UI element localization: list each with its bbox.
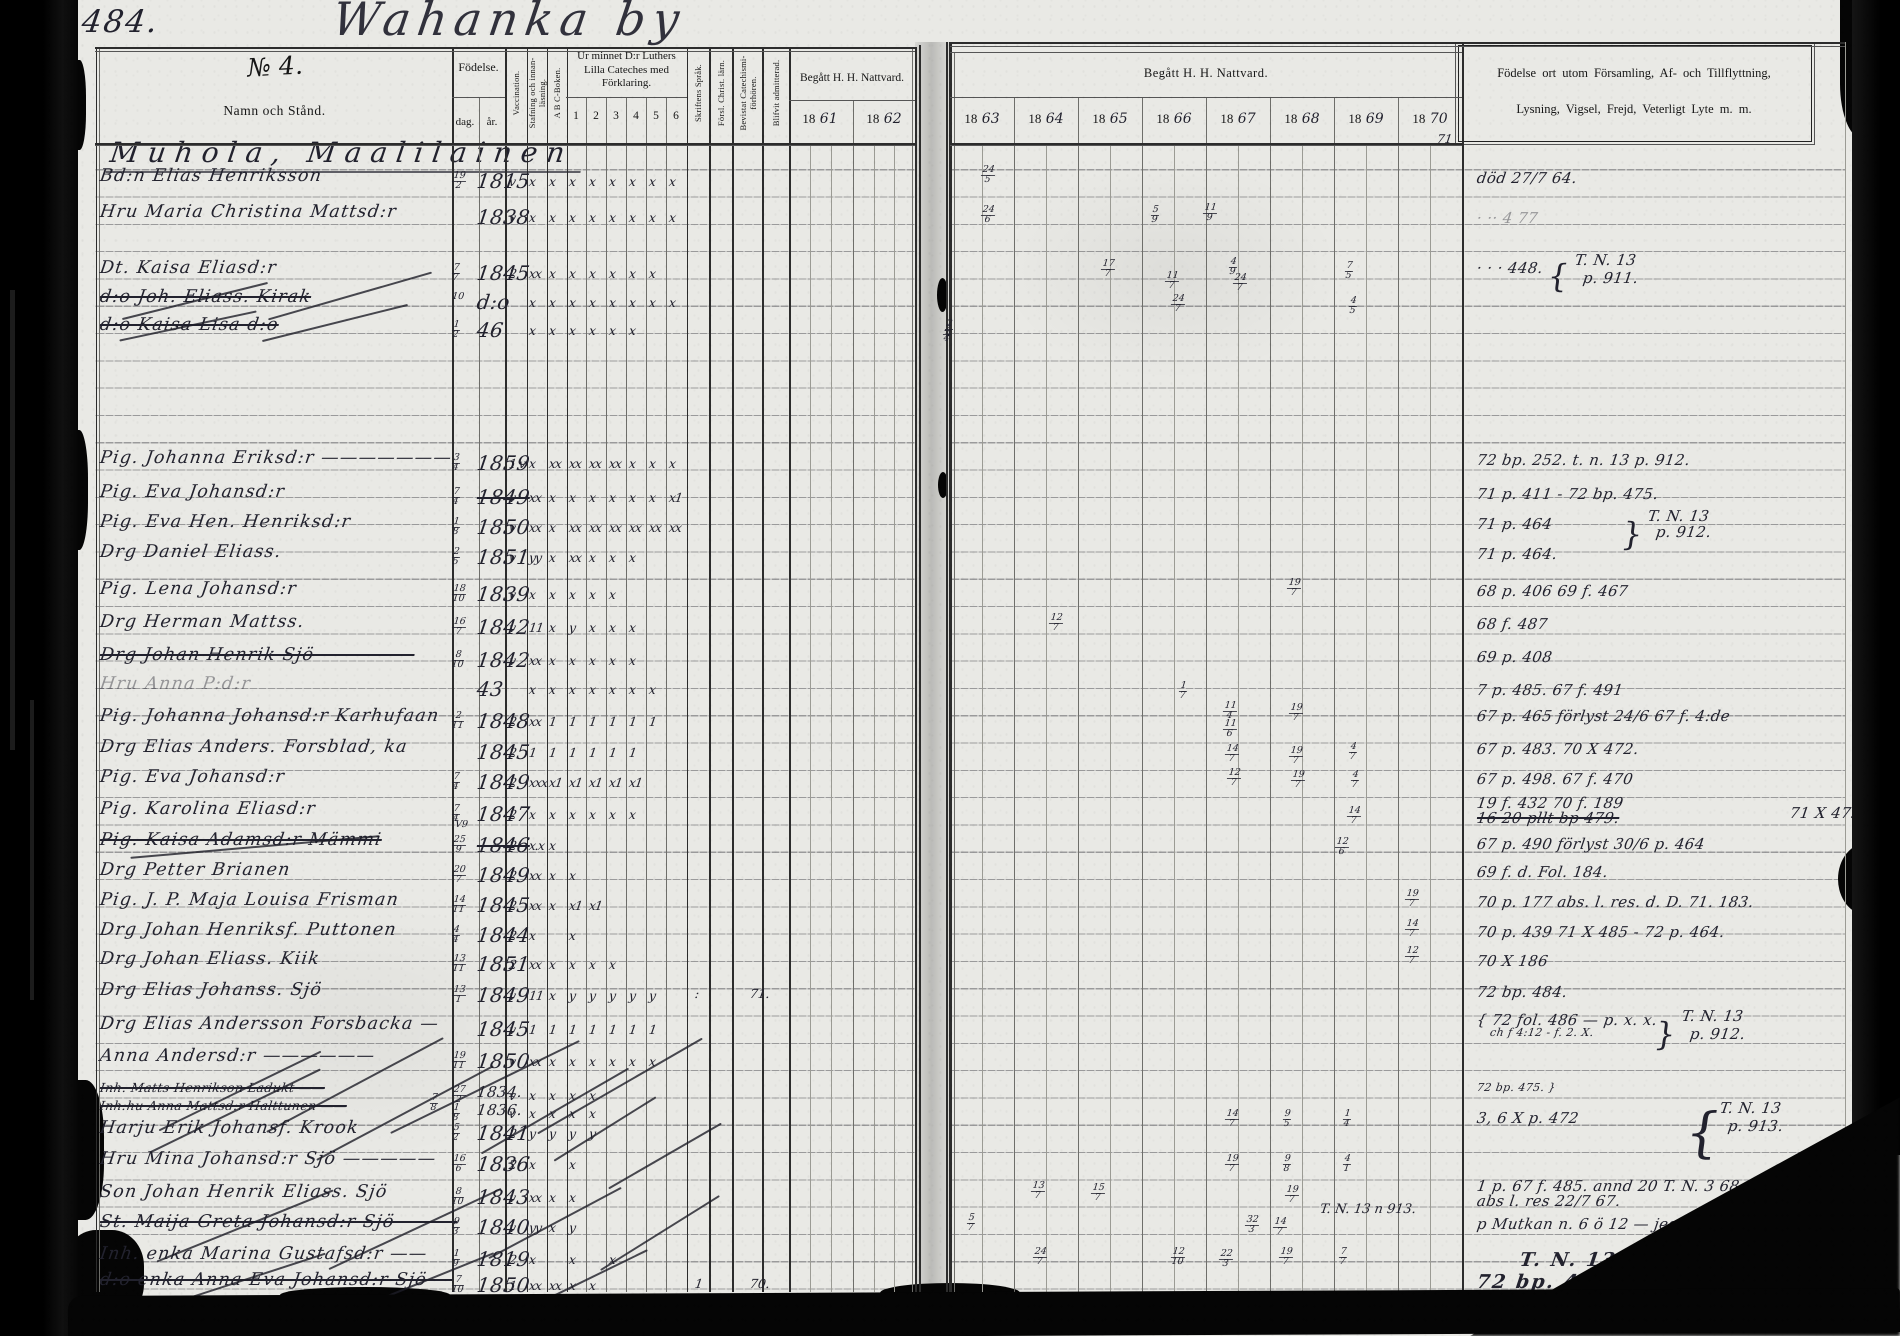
margin-note: T. N. 13 xyxy=(1681,1007,1745,1025)
margin-note: 68 f. 487 xyxy=(1476,615,1549,633)
frac-den: 9 xyxy=(451,846,466,855)
year-printed: 18 xyxy=(1028,111,1041,126)
rule-line-v xyxy=(1206,97,1207,1292)
year-printed: 18 xyxy=(1092,111,1105,126)
frac-den: 7 xyxy=(1288,714,1303,723)
birth-year: 1836. xyxy=(476,1101,524,1119)
birth-day-fraction: 211 xyxy=(451,712,465,730)
birth-year: 1850 xyxy=(475,515,531,539)
communion-date: 147 xyxy=(1272,1218,1288,1236)
frac-den: 7 xyxy=(1226,779,1241,788)
frac-den: 5 xyxy=(1344,272,1353,281)
record-row-name: Bd:n Elias Henriksson xyxy=(99,166,324,186)
margin-note: 67 p. 483. 70 X 472. xyxy=(1476,740,1640,758)
communion-date: 126 xyxy=(1334,838,1350,856)
frac-den: 7 xyxy=(1404,930,1419,939)
birth-day-fraction: 1311 xyxy=(451,955,467,973)
birth-year: 1838 xyxy=(475,205,531,229)
frac-den: 7 xyxy=(451,274,460,283)
birth-day-fraction: 810 xyxy=(451,1188,465,1206)
year-script: 68 xyxy=(1297,111,1319,127)
frac-den: 7 xyxy=(1224,1120,1239,1129)
lesson-mark: xx xyxy=(528,1190,542,1205)
record-row-name: Pig. Lena Johansd:r xyxy=(99,579,299,599)
birth-year: 46 xyxy=(475,318,505,342)
birth-year: 1844 xyxy=(475,923,531,947)
record-row-name: Pig. J. P. Maja Louisa Frisman xyxy=(99,890,401,910)
stray-script: T. N. 13 n 913. xyxy=(1319,1202,1417,1217)
communion-date: 197 xyxy=(1224,1155,1240,1173)
margin-note: 68 p. 406 69 f. 467 xyxy=(1476,582,1630,600)
margin-note: 69 f. d. Fol. 184. xyxy=(1476,863,1610,881)
rule-line-v xyxy=(1014,97,1015,1292)
birth-year: 43 xyxy=(475,677,505,701)
catechism-col-number: 5 xyxy=(648,110,664,122)
record-row-name: Son Johan Henrik Eliass. Sjö xyxy=(99,1182,389,1202)
frac-den: 5 xyxy=(1282,1120,1291,1129)
communion-date: 323 xyxy=(1244,1216,1260,1234)
lesson-mark: xx xyxy=(528,653,542,668)
frac-den: 2 xyxy=(451,331,460,340)
lesson-mark: x1 xyxy=(568,898,583,913)
rule-line-v xyxy=(1078,97,1079,1292)
rule-line-v xyxy=(810,143,811,1292)
village-title-script: Wahanka by xyxy=(329,0,689,46)
catechism-col-number: 2 xyxy=(588,110,604,122)
column-header-birth-year: år. xyxy=(479,116,505,128)
communion-date: 247 xyxy=(1232,274,1248,292)
year-printed: 18 xyxy=(1412,111,1425,126)
rule-line-v xyxy=(1174,143,1175,1292)
rule-line-v xyxy=(96,47,98,1292)
record-row-name: Drg Johan Henrik Sjö ————— xyxy=(99,645,416,665)
lesson-mark: xx xyxy=(528,520,542,535)
margin-note: 67 p. 498. 67 f. 470 xyxy=(1476,770,1635,788)
birth-year: 1849 xyxy=(475,485,531,509)
frac-den: 7 xyxy=(1338,1258,1347,1267)
rule-line-v xyxy=(1142,97,1143,1292)
communion-date: 147 xyxy=(1224,1110,1240,1128)
lesson-mark: xx xyxy=(568,550,582,565)
communion-date: 127 xyxy=(1226,769,1242,787)
birth-day-fraction: 131 xyxy=(451,986,467,1004)
margin-note: 72 bp. 484. xyxy=(1476,983,1569,1001)
record-row-name: Pig. Eva Johansd:r xyxy=(99,482,287,502)
communion-date: 157 xyxy=(1090,1184,1106,1202)
catechism-col-number: 6 xyxy=(668,110,684,122)
lesson-mark: xx xyxy=(608,456,622,471)
birth-year: 1851 xyxy=(475,952,531,976)
rule-line-v xyxy=(586,97,587,1292)
column-header-catechism: Ur minnet D:r Luthers Lilla Cateches med… xyxy=(567,50,686,91)
record-row-name: Pig. Eva Johansd:r xyxy=(99,767,287,787)
frac-den: 5 xyxy=(980,176,995,185)
frac-den: 11 xyxy=(451,1062,466,1071)
lesson-mark: xx xyxy=(628,520,642,535)
lesson-mark: xx xyxy=(548,456,562,471)
frac-den: 4 xyxy=(451,464,460,473)
rule-line-v xyxy=(919,45,921,1292)
margin-note: · · · 448. xyxy=(1476,259,1545,277)
communion-date: 197 xyxy=(1288,704,1304,722)
record-row-name: Dt. Kaisa Eliasd:r xyxy=(99,258,279,278)
birth-year: 1847 xyxy=(475,802,531,826)
lesson-mark: xx xyxy=(588,456,602,471)
column-header-birth: Födelse. xyxy=(452,60,505,75)
record-row-name: Hru Anna P:d:r xyxy=(99,674,253,694)
lesson-mark: xx xyxy=(528,266,542,281)
rule-line-v xyxy=(646,97,647,1292)
lesson-mark: xxx xyxy=(528,775,548,790)
rule-line-v xyxy=(1462,42,1464,1292)
frac-den: 10 xyxy=(451,661,464,670)
communion-date: 197 xyxy=(1286,579,1302,597)
rule-line-v xyxy=(949,42,951,1292)
communion-year-right: 18 69 xyxy=(1340,110,1392,128)
frac-den: 2 xyxy=(451,182,466,191)
frac-den: 7 xyxy=(966,1224,975,1233)
birth-year: 1851 xyxy=(475,545,531,569)
rule-line-v xyxy=(954,52,955,1292)
rule-line-h xyxy=(95,51,915,52)
rule-line-h xyxy=(566,97,687,98)
frac-den: 7 xyxy=(1346,817,1361,826)
margin-note: ch f 4:12 - f. 2. X. xyxy=(1489,1026,1595,1039)
margin-note: T. N. 13 xyxy=(1719,1099,1783,1117)
record-row-name: Inh:hu Anna Mattsd:r Halttunen —— xyxy=(99,1098,348,1113)
rule-line-v xyxy=(874,143,875,1292)
year-printed: 18 xyxy=(1156,111,1169,126)
communion-year-right: 18 65 xyxy=(1084,110,1136,128)
record-row-name: Drg Daniel Eliass. xyxy=(99,542,283,562)
communion-date: 197 xyxy=(1284,1186,1300,1204)
rule-line-v xyxy=(666,97,667,1292)
frac-den: 7 xyxy=(1278,1258,1293,1267)
birth-day-fraction: 259 xyxy=(451,836,467,854)
frac-den: 9 xyxy=(1202,214,1217,223)
column-header-christian-doctrine: Försl. Christ. lärn. xyxy=(716,48,726,138)
column-header-vaccination: Vaccination. xyxy=(511,48,521,138)
column-header-scripture-language: Skriftens Språk. xyxy=(693,48,703,138)
birth-year: 1845 xyxy=(475,740,531,764)
catechism-col-number: 3 xyxy=(608,110,624,122)
birth-year: d:o xyxy=(475,290,511,314)
frac-den: 6 xyxy=(451,1165,466,1174)
birth-year: 1849 xyxy=(475,863,531,887)
catechism-col-number: 4 xyxy=(628,110,644,122)
frac-den: 7 xyxy=(1100,270,1115,279)
margin-note: 72 bp. 252. t. n. 13 p. 912. xyxy=(1476,451,1692,469)
lesson-mark: xx xyxy=(608,520,622,535)
record-row-name: Drg Herman Mattss. xyxy=(99,612,306,632)
frac-den: 10 xyxy=(451,1286,464,1295)
communion-year-left: 18 62 xyxy=(858,110,910,128)
birth-year: 1845 xyxy=(475,1017,531,1041)
margin-note: 70 X 186 xyxy=(1476,952,1550,970)
frac-den: 7 xyxy=(1350,781,1359,790)
communion-date: 127 xyxy=(1048,614,1064,632)
frac-den: 7 xyxy=(1284,1196,1299,1205)
margin-note: 72 bp. 475. } xyxy=(1476,1081,1557,1094)
communion-date: 116 xyxy=(1222,720,1238,738)
rule-line-v xyxy=(1046,143,1047,1292)
lesson-mark: x1 xyxy=(588,898,603,913)
column-header-catechism-meetings: Bevistat Catechismi-förhören. xyxy=(738,48,758,138)
film-edge-right xyxy=(1852,0,1900,1155)
rule-line-h xyxy=(950,145,1462,146)
lesson-mark: yy xyxy=(528,550,542,565)
column-header-admitted: Blifvit admitterad. xyxy=(771,48,781,138)
margin-note: 3, 6 X p. 472 xyxy=(1476,1109,1580,1127)
year-script: 66 xyxy=(1169,111,1191,127)
birth-year: 1815 xyxy=(475,169,531,193)
year-script: 61 xyxy=(815,111,837,127)
record-row-name: St. Maija Greta Johansd:r Sjö ——— xyxy=(99,1212,459,1232)
column-header-communion-right: Begått H. H. Nattvard. xyxy=(950,66,1462,81)
column-header-abc-book: A B C-Boken. xyxy=(552,48,562,138)
rule-line-v xyxy=(950,42,952,1292)
birth-year: 1848 xyxy=(475,709,531,733)
frac-den: 7 xyxy=(451,628,466,637)
margin-note: 67 p. 465 förlyst 24/6 67 f. 4:de xyxy=(1476,707,1732,725)
frac-den: 10 xyxy=(1170,1258,1185,1267)
record-row-name: Anna Andersd:r —————— xyxy=(99,1046,377,1066)
year-printed: 18 xyxy=(1348,111,1361,126)
year-printed: 18 xyxy=(866,111,879,126)
birth-day-fraction: 166 xyxy=(451,1155,467,1173)
lesson-mark: 11 xyxy=(528,620,544,635)
frac-den: 8 xyxy=(1282,1165,1291,1174)
frac-den: 7 xyxy=(1404,900,1419,909)
communion-date: 127 xyxy=(1404,947,1420,965)
record-row-name: Drg Johan Henriksf. Puttonen xyxy=(99,920,399,940)
birth-day-fraction: 167 xyxy=(451,618,467,636)
frac-den: 7 xyxy=(1170,305,1185,314)
lesson-mark: xx xyxy=(668,520,682,535)
rule-line-v xyxy=(912,47,913,1292)
birth-day-fraction: 810 xyxy=(451,651,465,669)
frac-den: 7 xyxy=(1048,624,1063,633)
rule-line-h xyxy=(95,47,915,49)
birth-day-fraction: 1810 xyxy=(451,585,467,603)
record-row-name: Pig. Karolina Eliasd:r xyxy=(99,799,318,819)
margin-note: 67 p. 490 förlyst 30/6 p. 464 xyxy=(1476,835,1706,853)
communion-year-right: 18 68 xyxy=(1276,110,1328,128)
frac-den: 5 xyxy=(1348,307,1357,316)
record-row-name: Pig. Johanna Eriksd:r ——————— xyxy=(99,448,454,468)
communion-date: 1210 xyxy=(1170,1248,1186,1266)
lesson-mark: xx xyxy=(568,456,582,471)
communion-date: 223 xyxy=(1218,1250,1234,1268)
rule-line-h xyxy=(950,52,1462,53)
lesson-mark: 11 xyxy=(528,988,544,1003)
frac-den: 7 xyxy=(1030,1192,1045,1201)
page-number: 484. xyxy=(79,4,161,40)
communion-date: 197 xyxy=(1278,1248,1294,1266)
rule-line-v xyxy=(687,47,689,1292)
margin-note: 70 p. 177 abs. l. res. d. D. 71. 183. xyxy=(1476,893,1755,911)
frac-den: 7 xyxy=(1032,1258,1047,1267)
birth-day-fraction: 710 xyxy=(451,1276,465,1294)
year-printed: 18 xyxy=(1220,111,1233,126)
rule-line-v xyxy=(982,143,983,1292)
frac-den: 7 xyxy=(451,876,466,885)
frac-den: 8 xyxy=(451,1114,460,1123)
frac-den: 9 xyxy=(1150,216,1159,225)
birth-day-fraction: 207 xyxy=(451,866,467,884)
lesson-mark: x1 xyxy=(548,775,563,790)
rule-line-v xyxy=(1334,97,1335,1292)
year-script: 63 xyxy=(977,111,999,127)
rule-line-v xyxy=(1398,97,1399,1292)
communion-date: 147 xyxy=(1404,920,1420,938)
rule-line-h xyxy=(950,46,1845,47)
record-row-name: Inh. enka Marina Gustafsd:r —— xyxy=(99,1244,429,1264)
communion-year-right: 18 66 xyxy=(1148,110,1200,128)
record-row-name: Harju Erik Johansf. Krook xyxy=(99,1118,361,1138)
margin-note: p. 912. xyxy=(1655,523,1713,541)
lesson-mark: xx xyxy=(588,520,602,535)
frac-den: 4 xyxy=(451,936,460,945)
frac-den: 7 xyxy=(1348,753,1357,762)
frac-den: 3 xyxy=(451,1228,460,1237)
frac-den: 6 xyxy=(980,216,995,225)
frac-den: 7 xyxy=(1232,284,1247,293)
lesson-mark: x1 xyxy=(628,775,643,790)
frac-den: 7 xyxy=(1090,1194,1105,1203)
column-header-name-and-standing: Namn och Stånd. xyxy=(97,103,452,119)
frac-den: 7 xyxy=(1178,692,1187,701)
lesson-mark: x.x xyxy=(528,838,545,853)
communion-date: 177 xyxy=(1100,260,1116,278)
year-printed: 18 xyxy=(1284,111,1297,126)
frac-den: 7 xyxy=(1288,757,1303,766)
frac-den: 7 xyxy=(1224,1165,1239,1174)
frac-den: 11 xyxy=(451,965,466,974)
lesson-mark: x1 xyxy=(668,490,683,505)
frac-den: 3 xyxy=(1244,1226,1259,1235)
birth-day-extra: V9 xyxy=(455,821,469,830)
frac-den: 1 xyxy=(1342,1165,1351,1174)
birth-day-fraction: 1911 xyxy=(451,1052,467,1070)
margin-note: p. 911. xyxy=(1582,269,1640,287)
birth-day-fraction: 10 xyxy=(452,293,465,302)
rule-line-v xyxy=(1270,97,1271,1292)
year-script: 70 xyxy=(1425,111,1447,127)
rule-line-v xyxy=(1366,143,1367,1292)
record-row-name: Drg Johan Eliass. Kiik xyxy=(99,949,322,969)
year-script: 69 xyxy=(1361,111,1383,127)
communion-date: 197 xyxy=(1288,747,1304,765)
lesson-mark: x1 xyxy=(568,775,583,790)
frac-den: 1 xyxy=(451,996,466,1005)
lesson-mark: xx xyxy=(528,490,542,505)
communion-year-right: 18 63 xyxy=(956,110,1008,128)
rule-line-v xyxy=(709,47,711,1292)
rule-line-h xyxy=(452,97,505,98)
lesson-mark: xx xyxy=(648,520,662,535)
frac-den: 7 xyxy=(1286,589,1301,598)
rule-line-v xyxy=(762,47,764,1292)
frac-den: 7 xyxy=(1164,282,1179,291)
birth-year: 1845 xyxy=(475,893,531,917)
communion-date: 147 xyxy=(1224,745,1240,763)
margin-note: 71 p. 464 xyxy=(1476,515,1554,533)
year-printed: 18 xyxy=(964,111,977,126)
rule-line-h xyxy=(950,97,1462,98)
rule-line-h xyxy=(950,42,1845,44)
lesson-mark: xx xyxy=(528,714,542,729)
rule-line-h xyxy=(95,145,915,146)
frac-den: 4 xyxy=(944,330,953,339)
margin-note: 7 p. 485. 67 f. 491 xyxy=(1476,681,1625,699)
margin-note: abs l. res 22/7 67. xyxy=(1476,1192,1622,1210)
frac-den: 10 xyxy=(451,595,466,604)
record-row-name: Drg Petter Brianen xyxy=(99,860,292,880)
rule-line-v xyxy=(1845,42,1846,1240)
frac-den: 6 xyxy=(1222,730,1237,739)
year-script: 62 xyxy=(879,111,901,127)
frac-den: 4 xyxy=(451,498,460,507)
rule-line-v xyxy=(547,47,549,1292)
rule-line-v xyxy=(946,42,948,1292)
rule-line-v xyxy=(1430,143,1431,1292)
column-header-birth-day: dag. xyxy=(451,116,479,128)
communion-year-right: 18 67 xyxy=(1212,110,1264,128)
record-row-name: Hru Maria Christina Mattsd:r xyxy=(99,202,399,222)
record-row-name: Drg Elias Johanss. Sjö xyxy=(99,980,324,1000)
communion-date: 247 xyxy=(1032,1248,1048,1266)
communion-date: 119 xyxy=(1202,204,1218,222)
vaccination-mark: 1 v xyxy=(508,456,526,471)
scanned-church-record-page: 484. Wahanka by Muhola, Maalilainen № 4.… xyxy=(0,0,1900,1336)
frac-den: 6 xyxy=(1334,848,1349,857)
year-script: 65 xyxy=(1105,111,1127,127)
frac-den: 4 xyxy=(451,783,460,792)
record-row-name: Pig. Johanna Johansd:r Karhufaan xyxy=(99,706,441,726)
birth-day-fraction: 192 xyxy=(451,172,467,190)
lesson-mark: xx xyxy=(528,957,542,972)
margin-note: 71 p. 411 - 72 bp. 475. xyxy=(1476,485,1660,503)
year-script: 67 xyxy=(1233,111,1255,127)
communion-date: 245 xyxy=(980,166,996,184)
frac-den: 11 xyxy=(451,906,466,915)
lesson-mark: xx xyxy=(528,868,542,883)
frac-den: 7 xyxy=(1224,755,1239,764)
record-row-name: Pig. Eva Hen. Henriksd:r xyxy=(99,512,353,532)
birth-year: 1849 xyxy=(475,770,531,794)
margin-note: 69 p. 408 xyxy=(1476,648,1554,666)
notes-header-box xyxy=(1458,45,1812,142)
birth-year: 1839 xyxy=(475,582,531,606)
rule-line-v xyxy=(894,143,895,1292)
lesson-mark: xx xyxy=(568,520,582,535)
lesson-mark: xx xyxy=(528,898,542,913)
communion-date: 197 xyxy=(1404,890,1420,908)
rule-line-v xyxy=(915,47,917,1292)
film-edge-left xyxy=(0,0,78,1336)
lesson-mark: xx xyxy=(528,1278,542,1293)
rule-line-v xyxy=(1110,143,1111,1292)
birth-year: 1840 xyxy=(475,1215,531,1239)
birth-year: 1842 xyxy=(475,648,531,672)
margin-note: p. 912. xyxy=(1689,1025,1747,1043)
communion-date: 147 xyxy=(1346,807,1362,825)
frac-den: 7 xyxy=(1272,1228,1287,1237)
communion-date: 246 xyxy=(980,206,996,224)
margin-note: T. N. 13 xyxy=(1574,251,1638,269)
column-header-communion-left: Begått H. H. Nattvard. xyxy=(789,72,915,84)
